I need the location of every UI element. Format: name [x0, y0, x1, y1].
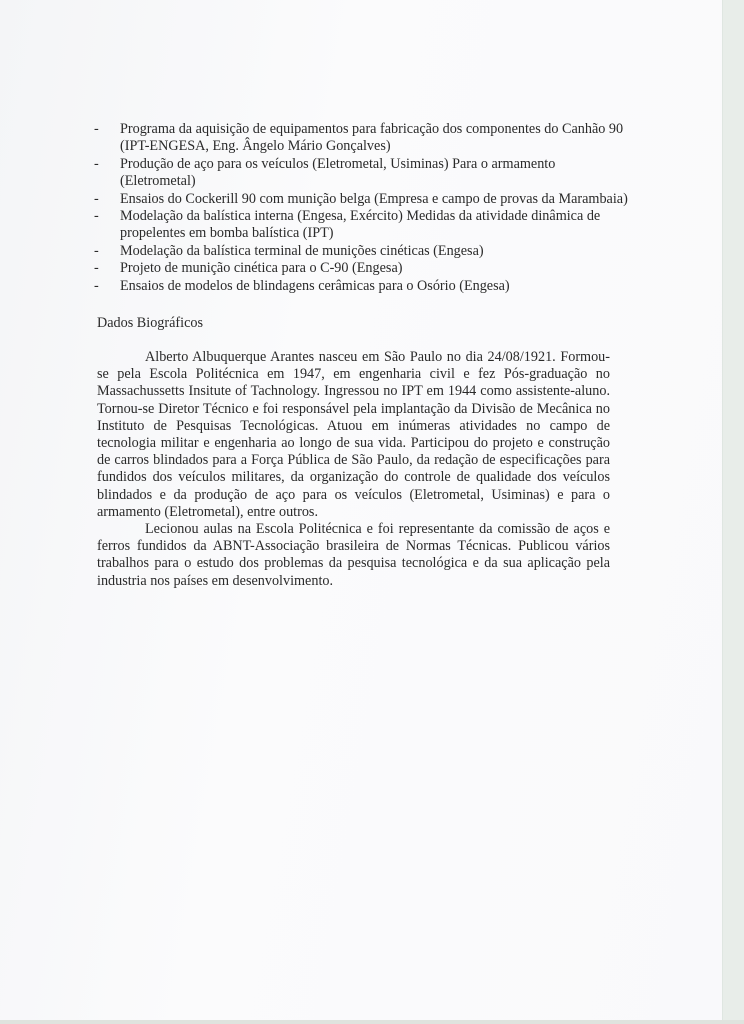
section-title-biographical-data: Dados Biográficos — [97, 315, 203, 332]
dash-bullet-icon: - — [94, 243, 99, 260]
project-list: - Programa da aquisição de equipamentos … — [90, 121, 630, 295]
list-item: - Modelação da balística interna (Engesa… — [90, 208, 630, 243]
list-item: - Produção de aço para os veículos (Elet… — [90, 156, 630, 191]
biography-text: Alberto Albuquerque Arantes nasceu em Sã… — [97, 349, 610, 590]
list-item: - Programa da aquisição de equipamentos … — [90, 121, 630, 156]
list-item-text: Produção de aço para os veículos (Eletro… — [120, 156, 555, 189]
dash-bullet-icon: - — [94, 260, 99, 277]
scanner-bed-edge-right — [722, 0, 744, 1024]
list-item-text: Ensaios do Cockerill 90 com munição belg… — [120, 191, 628, 207]
list-item-text: Ensaios de modelos de blindagens cerâmic… — [120, 278, 510, 294]
list-item-text: Programa da aquisição de equipamentos pa… — [120, 121, 623, 154]
list-item: - Projeto de munição cinética para o C-9… — [90, 260, 630, 277]
dash-bullet-icon: - — [94, 156, 99, 173]
list-item-text: Modelação da balística interna (Engesa, … — [120, 208, 600, 241]
list-item: - Ensaios do Cockerill 90 com munição be… — [90, 191, 630, 208]
dash-bullet-icon: - — [94, 278, 99, 295]
dash-bullet-icon: - — [94, 208, 99, 225]
scanner-bed-edge-bottom — [0, 1020, 744, 1024]
scanned-page: - Programa da aquisição de equipamentos … — [0, 0, 722, 1020]
biography-paragraph: Alberto Albuquerque Arantes nasceu em Sã… — [97, 349, 610, 521]
list-item-text: Projeto de munição cinética para o C-90 … — [120, 260, 402, 276]
list-item-text: Modelação da balística terminal de muniç… — [120, 243, 484, 259]
list-item: - Ensaios de modelos de blindagens cerâm… — [90, 278, 630, 295]
dash-bullet-icon: - — [94, 191, 99, 208]
list-item: - Modelação da balística terminal de mun… — [90, 243, 630, 260]
biography-paragraph: Lecionou aulas na Escola Politécnica e f… — [97, 521, 610, 590]
dash-bullet-icon: - — [94, 121, 99, 138]
